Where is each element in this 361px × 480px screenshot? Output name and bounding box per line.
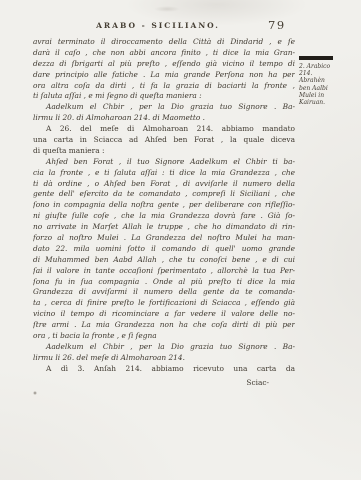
body-line: A 26. del meſe di Almoharoan 214. abbiam…	[33, 124, 295, 135]
body-line: Ahſed ben Forat , il tuo Signore Aadelku…	[33, 157, 295, 168]
body-line: Aadelkum el Chbir , per la Dio grazia tu…	[33, 102, 295, 113]
running-header: ARABO - SICILIANO.	[33, 21, 283, 30]
page-header-title: ARABO - SICILIANO.	[96, 21, 220, 30]
body-line: no arrivate in Marſet Allah le truppe , …	[33, 222, 295, 233]
body-line: lirmu li 20. di Almoharoan 214. di Maome…	[33, 113, 295, 124]
body-line: avrai terminato il diroccamento della Ci…	[33, 37, 295, 48]
catchword: Sciac-	[33, 378, 295, 389]
body-line: gente dell' eſercito da te comandato , c…	[33, 189, 295, 200]
ink-speck	[33, 391, 37, 395]
body-line: forzo al noſtro Mulei . La Grandezza del…	[33, 233, 295, 244]
body-line: ora , ti bacia la fronte , e ſi ſegna	[33, 331, 295, 342]
body-line: dezza di ſbrigarti al più preſto , eſſen…	[33, 59, 295, 70]
margin-note-line: 2. Arabico	[299, 63, 357, 70]
body-line: ni giuſte ſulle coſe , che la mia Grande…	[33, 211, 295, 222]
body-line: Aadelkum el Chbir , per la Dio grazia tu…	[33, 342, 295, 353]
body-line: lirmu li 26. del meſe di Almoharoan 214.	[33, 353, 295, 364]
margin-note-line: Mulei in	[299, 92, 357, 99]
body-line: darà il caſo , che non abbi ancora finit…	[33, 48, 295, 59]
body-line: ti ſaluta aſſai , e mi ſegno di queſta m…	[33, 91, 295, 102]
body-line: ſai il valore in tante occaſioni ſperime…	[33, 266, 295, 277]
body-line: di Muhammed ben Aabd Allah , che tu cono…	[33, 255, 295, 266]
paper-smudge	[154, 6, 180, 12]
scanned-book-page: ARABO - SICILIANO. 79 avrai terminato il…	[0, 0, 361, 480]
body-line: dato 22. mila uomini ſotto il comando di…	[33, 244, 295, 255]
body-line: ſtre armi . La mia Grandezza non ha che …	[33, 320, 295, 331]
body-line: ta , cerca di finire preſto le fortifica…	[33, 298, 295, 309]
body-line: Grandezza di avviſarmi il numero della g…	[33, 287, 295, 298]
margin-note-line: Abrahèn	[299, 77, 357, 84]
body-line: ora altra coſa da dirti , ti fa la grazi…	[33, 81, 295, 92]
body-line: una carta in Sciacca ad Ahſed ben Forat …	[33, 135, 295, 146]
page-number: 79	[268, 18, 298, 32]
body-line: vicino il tempo di ricominciare a far ve…	[33, 309, 295, 320]
margin-note-line: 214.	[299, 70, 357, 77]
body-line: di queſta maniera :	[33, 146, 295, 157]
body-line: ſona fu in ſua compagnia . Onde al più p…	[33, 277, 295, 288]
body-line: dare principio alle fatiche . La mia gra…	[33, 70, 295, 81]
margin-note-lines: 2. Arabico214.Abrahènben AalbiMulei inKa…	[299, 63, 357, 106]
margin-note-line: ben Aalbi	[299, 85, 357, 92]
body-line: A dì 3. Anſah 214. abbiamo ricevuto una …	[33, 364, 295, 375]
body-line: ti dà ordine , o Ahſed ben Forat , di av…	[33, 179, 295, 190]
body-text: avrai terminato il diroccamento della Ci…	[33, 37, 295, 375]
margin-note: 2. Arabico214.Abrahènben AalbiMulei inKa…	[299, 56, 357, 106]
margin-rule	[299, 56, 333, 60]
margin-note-line: Kairuan.	[299, 99, 357, 106]
body-line: ſono in compagnia della noſtra gente , p…	[33, 200, 295, 211]
body-line: cia la fronte , e ti ſaluta aſſai : ti d…	[33, 168, 295, 179]
